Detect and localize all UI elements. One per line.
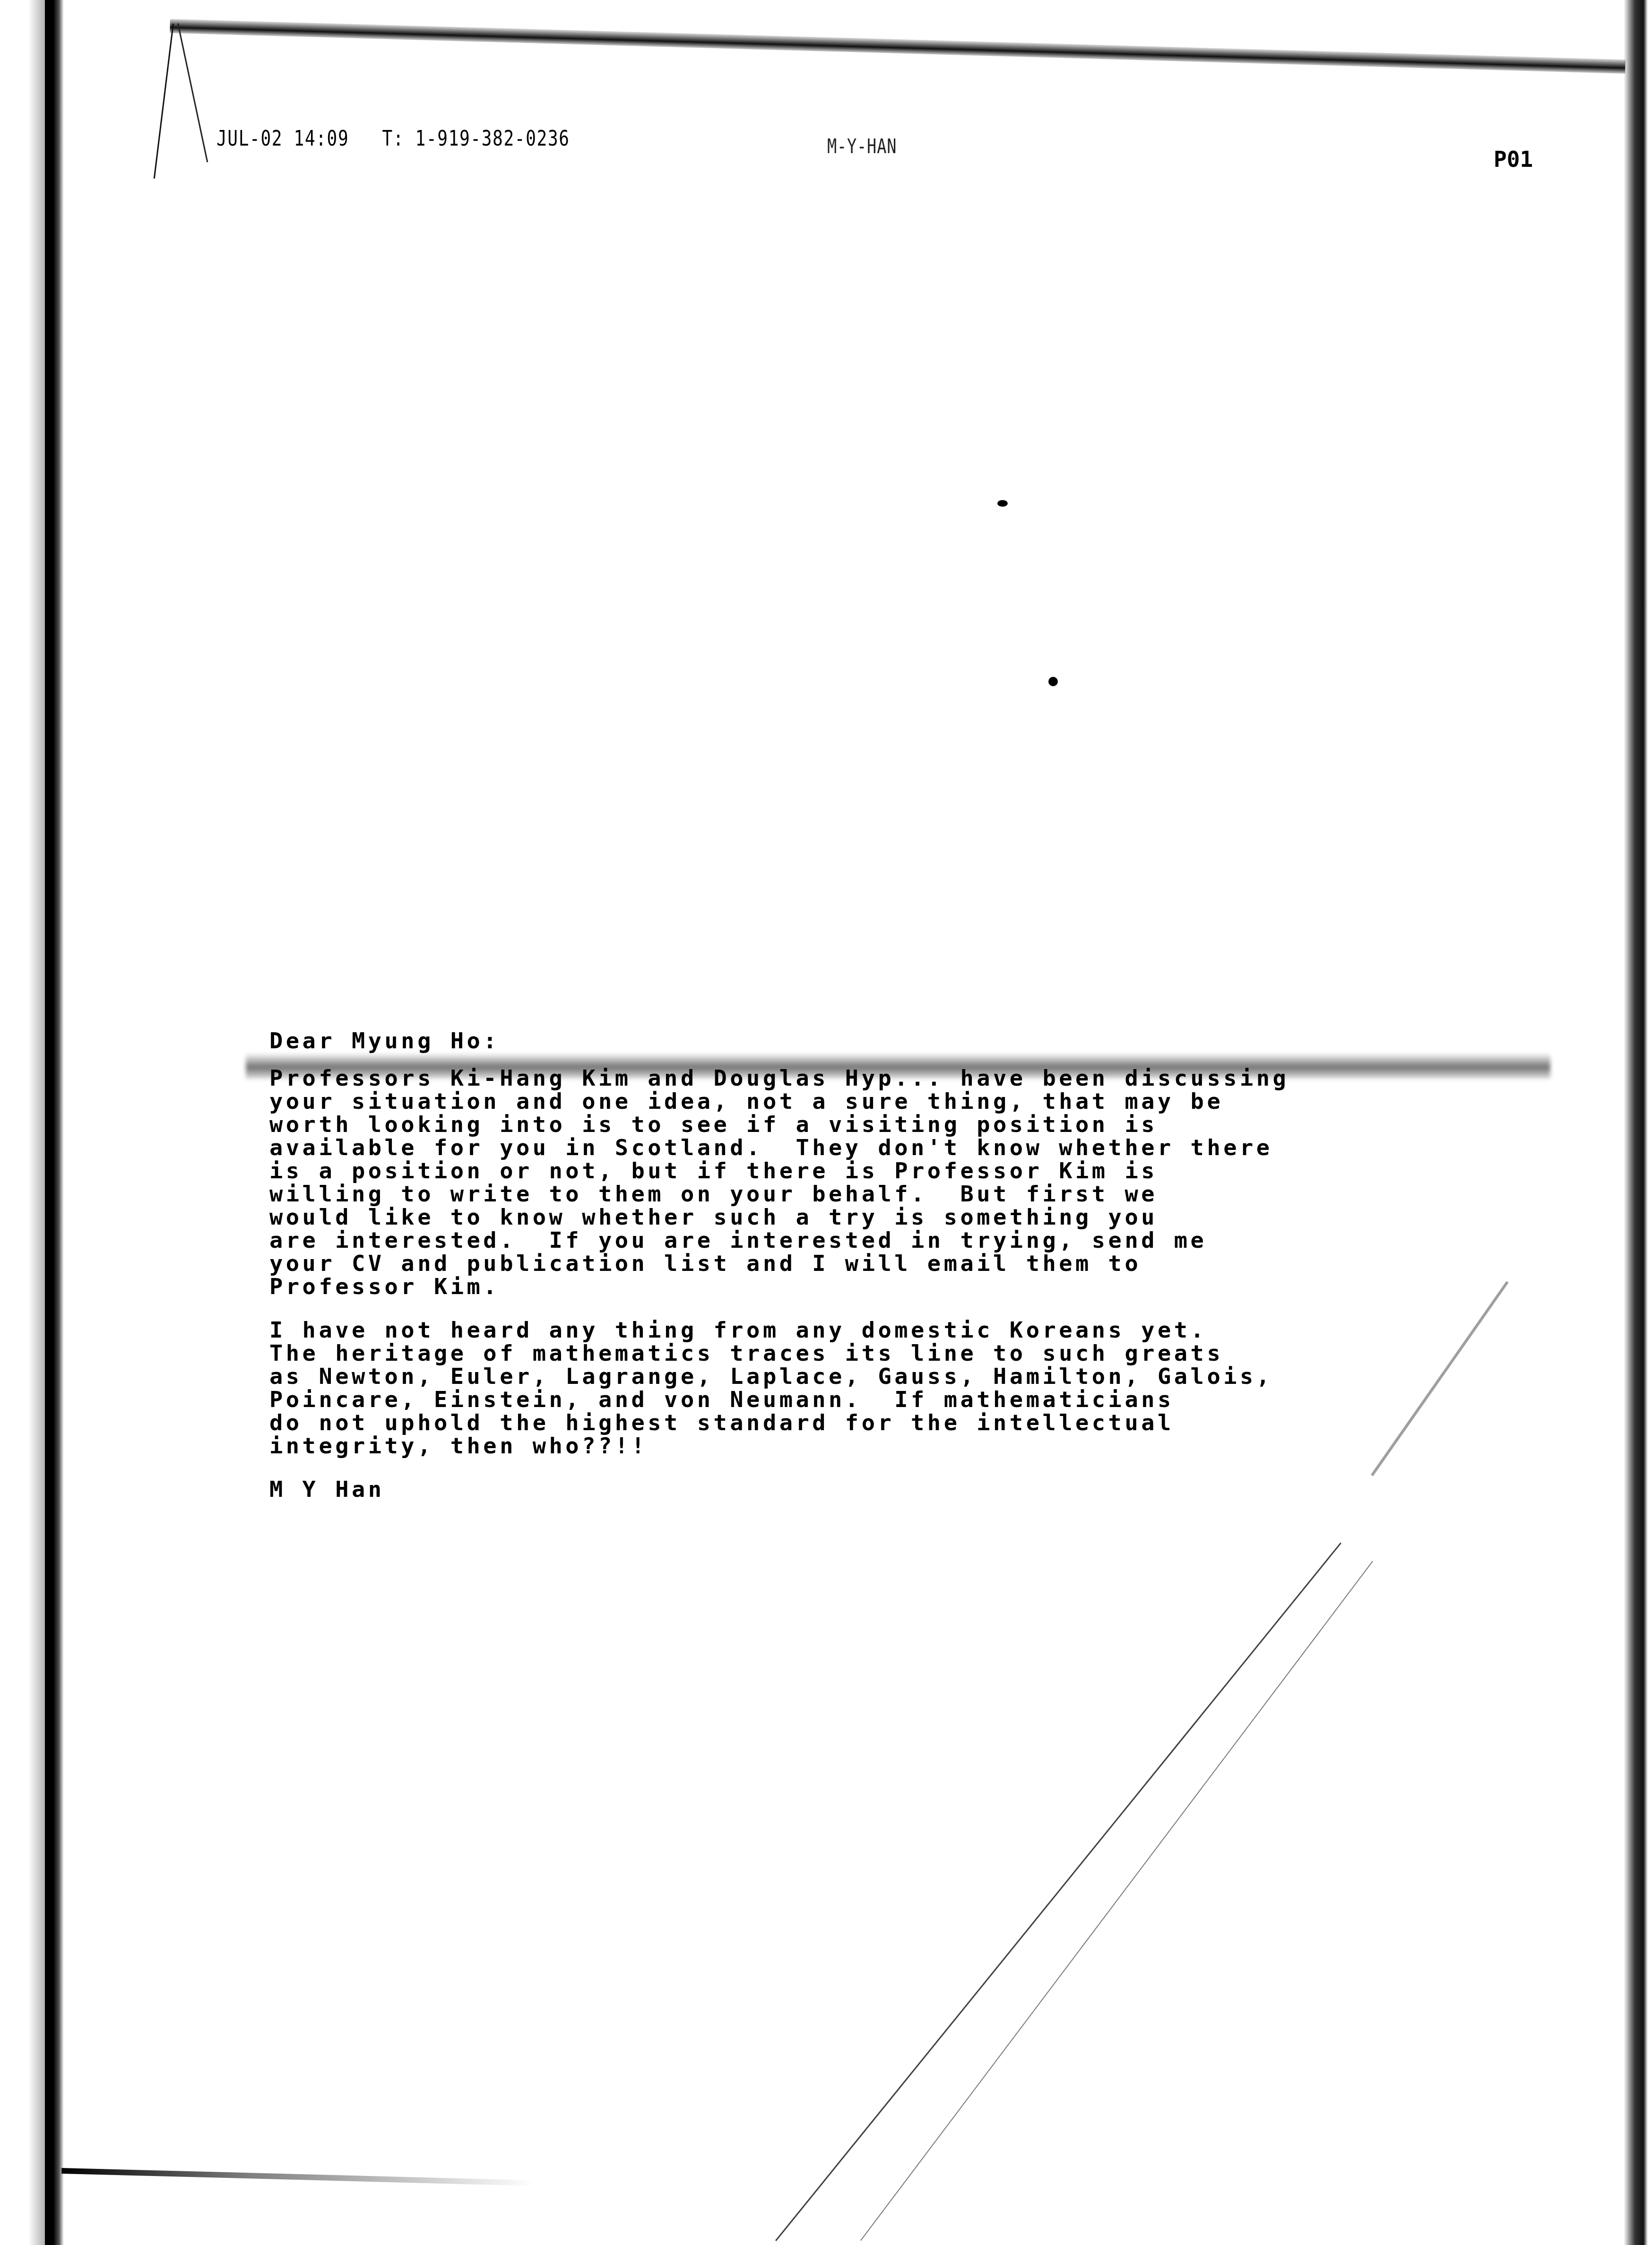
text-line: would like to know whether such a try is… — [269, 1206, 1569, 1229]
text-line: The heritage of mathematics traces its l… — [269, 1342, 1569, 1365]
ink-speck — [1048, 677, 1058, 686]
text-line: do not uphold the highest standard for t… — [269, 1411, 1569, 1434]
text-line: are interested. If you are interested in… — [269, 1229, 1569, 1252]
text-line: as Newton, Euler, Lagrange, Laplace, Gau… — [269, 1365, 1569, 1388]
fax-sender: M-Y-HAN — [827, 135, 897, 158]
text-line: your situation and one idea, not a sure … — [269, 1090, 1569, 1113]
salutation: Dear Myung Ho: — [269, 1029, 1569, 1053]
fax-page-number: P01 — [1494, 147, 1533, 172]
scan-top-edge — [170, 19, 1626, 74]
letter-body: Dear Myung Ho: Professors Ki-Hang Kim an… — [269, 1029, 1569, 1501]
paragraph-1: Professors Ki-Hang Kim and Douglas Hyp..… — [269, 1067, 1569, 1298]
text-line: I have not heard any thing from any dome… — [269, 1319, 1569, 1342]
fax-date-time: JUL-02 14:09 — [216, 127, 349, 151]
scan-smear — [61, 2168, 534, 2186]
ink-speck — [997, 500, 1008, 507]
page-corner-fold — [177, 23, 208, 162]
fax-header: JUL-02 14:09 T: 1-919-382-0236 — [216, 127, 570, 151]
text-line: willing to write to them on your behalf.… — [269, 1183, 1569, 1206]
paragraph-2: I have not heard any thing from any dome… — [269, 1319, 1569, 1458]
text-line: is a position or not, but if there is Pr… — [269, 1159, 1569, 1183]
text-line: worth looking into is to see if a visiti… — [269, 1113, 1569, 1136]
fax-to-label: T: — [382, 127, 404, 151]
text-line: Professor Kim. — [269, 1275, 1569, 1298]
text-line: your CV and publication list and I will … — [269, 1252, 1569, 1275]
paper-crease — [775, 1542, 1341, 2241]
fax-to-number: 1-919-382-0236 — [415, 127, 570, 151]
page-corner-fold — [154, 24, 174, 179]
text-line: Professors Ki-Hang Kim and Douglas Hyp..… — [269, 1067, 1569, 1090]
text-line: available for you in Scotland. They don'… — [269, 1136, 1569, 1159]
scan-left-edge — [45, 0, 64, 2245]
scan-right-edge — [1624, 0, 1652, 2245]
text-line: integrity, then who??!! — [269, 1434, 1569, 1458]
text-line: Poincare, Einstein, and von Neumann. If … — [269, 1388, 1569, 1411]
scan-edge-shadow — [28, 0, 47, 2245]
signature: M Y Han — [269, 1478, 1569, 1501]
paper-crease — [860, 1561, 1373, 2241]
